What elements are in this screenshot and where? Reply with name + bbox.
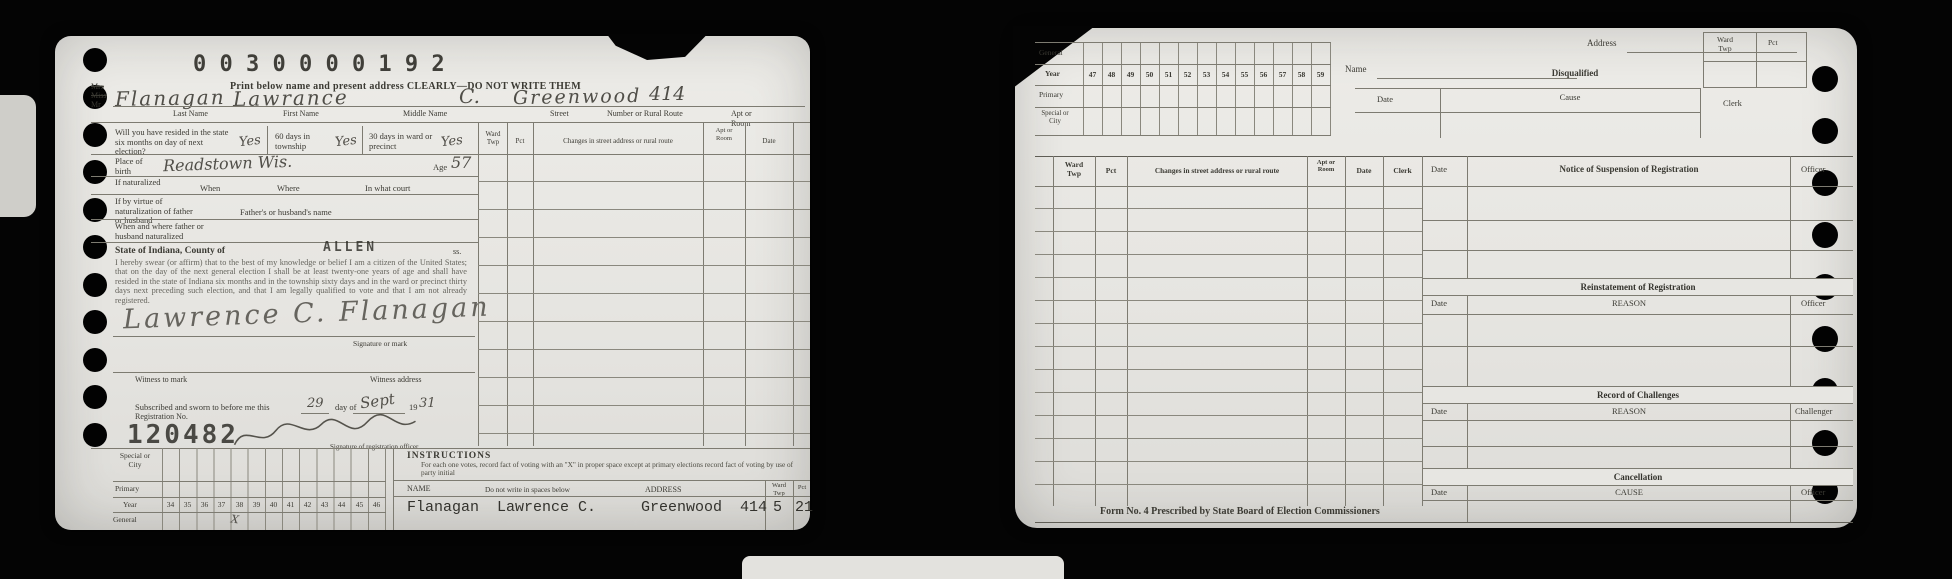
entry-street-number: 414 (649, 83, 685, 105)
punch-hole (1812, 118, 1838, 144)
label-address: ADDRESS (645, 485, 681, 495)
punch-hole (83, 348, 107, 372)
year-cell: 52 (1178, 70, 1197, 80)
col-ward-twp: Ward Twp (480, 130, 506, 146)
serial-number-stamp: 0 0 3 0 0 0 0 1 9 2 (193, 52, 445, 77)
year-cell: 42 (299, 500, 316, 510)
col-clerk: Clerk (1384, 166, 1421, 176)
answer-age: 57 (451, 153, 471, 172)
rule (393, 480, 810, 481)
label-year: Year (123, 500, 137, 510)
year-cell: 40 (265, 500, 282, 510)
rule (1422, 420, 1853, 421)
rule (91, 219, 478, 220)
rule (1422, 220, 1853, 221)
label-when-where-naturalized: When and where father or husband natural… (115, 222, 225, 241)
label-clerk: Clerk (1723, 98, 1742, 108)
rule (113, 481, 386, 482)
label-primary: Primary (115, 484, 139, 494)
label-primary: Primary (1039, 90, 1063, 100)
year-cell: 41 (282, 500, 299, 510)
rule (1035, 522, 1853, 523)
punch-hole (1812, 222, 1838, 248)
changes-table-rows (1035, 186, 1422, 506)
rule (362, 126, 363, 154)
label-do-not-write: Do not write in spaces below (485, 485, 570, 495)
form-number-footer: Form No. 4 Prescribed by State Board of … (1100, 507, 1380, 517)
vote-grid-cells (1083, 42, 1331, 136)
reinstatement-reason: REASON (1475, 298, 1783, 308)
col-date: Date (747, 136, 791, 146)
punch-hole (1812, 326, 1838, 352)
label-day-of: day of (335, 402, 356, 412)
col-changes: Changes in street address or rural route (1129, 166, 1305, 176)
cancellation-cause: CAUSE (1475, 487, 1783, 497)
year-cell: 49 (1121, 70, 1140, 80)
year-cell: 48 (1102, 70, 1121, 80)
label-pct: Pct (794, 483, 810, 493)
label-in-what-court: In what court (365, 183, 410, 193)
year-cell: 38 (231, 500, 248, 510)
ward-pct-box: Ward Twp Pct (1703, 32, 1807, 88)
sworn-month: Sept (359, 390, 396, 413)
col-date: Date (1346, 166, 1382, 176)
torn-corner (600, 34, 712, 60)
salutation-mrs: Mrs (91, 82, 107, 91)
rule (1440, 88, 1441, 138)
year-cell: 47 (1083, 70, 1102, 80)
reinstatement-officer: Officer (1801, 298, 1825, 308)
rule (113, 372, 475, 373)
label-witness-address: Witness address (370, 375, 421, 385)
typed-name: Flanagan Lawrence C. (407, 499, 596, 516)
rule (1422, 446, 1853, 447)
question-resided: Will you have resided in the state six m… (115, 128, 233, 157)
year-cell: 58 (1292, 70, 1311, 80)
sworn-year: 31 (419, 396, 436, 411)
cancellation-title: Cancellation (1423, 468, 1853, 486)
suspension-officer: Officer (1801, 164, 1825, 174)
rule (1035, 135, 1331, 136)
rule (113, 336, 475, 337)
year-cell: 57 (1273, 70, 1292, 80)
rule (1035, 85, 1331, 86)
rule (1422, 314, 1853, 315)
label-general: General (1039, 48, 1063, 58)
label-special-or-city: Special or City (119, 452, 151, 469)
challenges-reason: REASON (1475, 406, 1783, 416)
changes-table-rows (478, 154, 810, 445)
label-signature-or-mark: Signature or mark (353, 339, 407, 349)
adjacent-card-edge-bottom (742, 556, 1064, 579)
year-cell: 50 (1140, 70, 1159, 80)
rule (1422, 250, 1853, 251)
year-cell: 44 (333, 500, 350, 510)
label-age: Age (433, 162, 447, 172)
rule (1422, 500, 1853, 501)
col-apt-or-room: Apt or Room (707, 127, 741, 142)
left-registration-card-front: 0 0 3 0 0 0 0 1 9 2 Print below name and… (55, 36, 810, 530)
label-where: Where (277, 183, 300, 193)
label-middle-name: Middle Name (403, 109, 447, 119)
rule (1035, 156, 1853, 157)
punch-hole (83, 160, 107, 184)
rule (91, 194, 478, 195)
suspension-title: Notice of Suspension of Registration (1475, 164, 1783, 174)
punch-hole (83, 310, 107, 334)
year-cell: 36 (196, 500, 213, 510)
col-pct: Pct (1096, 166, 1126, 176)
adjacent-card-edge-left (0, 95, 36, 217)
label-father-husband-name: Father's or husband's name (240, 207, 332, 217)
right-registration-card-back: General Year Primary Special or City 47 … (1015, 28, 1857, 528)
challenges-challenger: Challenger (1795, 406, 1832, 416)
entry-last-name: Flanagan (115, 85, 226, 111)
label-name: NAME (407, 484, 431, 494)
county-stamp: ALLEN (323, 240, 377, 255)
rule (1035, 42, 1331, 43)
question-60-days: 60 days in township (275, 132, 333, 151)
year-cell: 34 (162, 500, 179, 510)
label-name: Name (1345, 64, 1367, 74)
entry-middle-name: C. (459, 84, 480, 108)
reinstatement-date: Date (1431, 298, 1447, 308)
rule (1377, 78, 1577, 79)
label-last-name: Last Name (173, 109, 208, 119)
cancellation-date: Date (1431, 487, 1447, 497)
col-ward-twp: Ward Twp (1057, 161, 1091, 178)
label-ss: ss. (453, 247, 461, 257)
typed-ward: 5 (773, 499, 782, 516)
year-cell: 45 (351, 500, 368, 510)
label-ward-twp: Ward Twp (766, 482, 792, 497)
label-cause: Cause (1495, 92, 1645, 102)
answer-resided: Yes (238, 133, 261, 150)
rule (91, 242, 478, 243)
label-witness-to-mark: Witness to mark (135, 375, 187, 385)
label-special-or-city: Special or City (1039, 110, 1071, 125)
rule (113, 512, 386, 513)
rule (1422, 156, 1423, 506)
rule (1035, 64, 1331, 65)
label-address: Address (1587, 38, 1617, 48)
punch-hole (83, 123, 107, 147)
vote-grid-cells (162, 448, 386, 530)
year-cell: 35 (179, 500, 196, 510)
typed-pct: 21 (795, 499, 813, 516)
answer-60-days: Yes (334, 133, 357, 150)
question-place-of-birth: Place of birth (115, 157, 157, 176)
entry-first-name: Lawrance (233, 85, 349, 111)
rule (113, 497, 386, 498)
year-cell: 37 (213, 500, 230, 510)
rule (393, 496, 810, 497)
salutation-miss: Miss (91, 91, 107, 100)
year-cell: 51 (1159, 70, 1178, 80)
rule (113, 106, 805, 107)
rule (1422, 346, 1853, 347)
punch-hole (1812, 430, 1838, 456)
year-cell: 46 (368, 500, 385, 510)
rule (1422, 186, 1853, 187)
reinstatement-title: Reinstatement of Registration (1423, 278, 1853, 296)
year-cell: 54 (1216, 70, 1235, 80)
label-street: Street (550, 109, 569, 119)
answer-30-days: Yes (440, 133, 463, 150)
punch-hole (83, 48, 107, 72)
sworn-day: 29 (307, 396, 324, 411)
typed-address: Greenwood 414 (641, 499, 767, 516)
label-ward-twp: Ward Twp (1710, 36, 1740, 53)
cancellation-officer: Officer (1801, 487, 1825, 497)
rule (1756, 33, 1757, 87)
label-disqualified: Disqualified (1475, 68, 1675, 78)
rule (1704, 61, 1806, 62)
label-general: General (113, 515, 137, 525)
rule (267, 126, 268, 154)
rule (393, 448, 394, 530)
label-state-county: State of Indiana, County of (115, 246, 225, 256)
scanned-voter-registration-cards: 0 0 3 0 0 0 0 1 9 2 Print below name and… (0, 0, 1952, 579)
challenges-title: Record of Challenges (1423, 386, 1853, 404)
rule (1355, 88, 1700, 89)
label-when: When (200, 183, 220, 193)
punch-hole (83, 385, 107, 409)
label-first-name: First Name (283, 109, 319, 119)
salutation-block: Mrs Miss Mr (91, 82, 107, 109)
general-vote-mark: X (230, 513, 240, 527)
year-cell: 39 (248, 500, 265, 510)
col-pct: Pct (508, 136, 532, 146)
punch-hole (83, 423, 107, 447)
salutation-mr: Mr (91, 100, 107, 109)
year-cell: 56 (1254, 70, 1273, 80)
label-if-naturalized: If naturalized (115, 178, 163, 188)
col-apt-or-room: Apt or Room (1311, 159, 1341, 174)
question-30-days: 30 days in ward or precinct (369, 132, 439, 151)
label-apt-or-room: Apt or Room (731, 109, 771, 129)
registration-number-stamp: 120482 (127, 420, 239, 450)
label-pct: Pct (1768, 38, 1778, 48)
challenges-date: Date (1431, 406, 1447, 416)
label-subscribed-sworn: Subscribed and sworn to before me this (135, 402, 270, 412)
label-date: Date (1377, 94, 1393, 104)
answer-place-of-birth: Readstown Wis. (163, 152, 293, 175)
suspension-date: Date (1431, 164, 1447, 174)
rule (1700, 88, 1701, 138)
label-year: Year (1045, 69, 1060, 79)
year-cell: 53 (1197, 70, 1216, 80)
col-changes: Changes in street address or rural route (535, 136, 701, 146)
year-cell: 55 (1235, 70, 1254, 80)
instructions-body: For each one votes, record fact of votin… (421, 461, 803, 478)
rule (1035, 107, 1331, 108)
year-cell: 43 (316, 500, 333, 510)
label-number-rural-route: Number or Rural Route (607, 109, 683, 119)
punch-hole (83, 235, 107, 259)
punch-hole (83, 273, 107, 297)
year-cell: 59 (1311, 70, 1330, 80)
punch-hole (1812, 66, 1838, 92)
rule (1355, 112, 1700, 113)
